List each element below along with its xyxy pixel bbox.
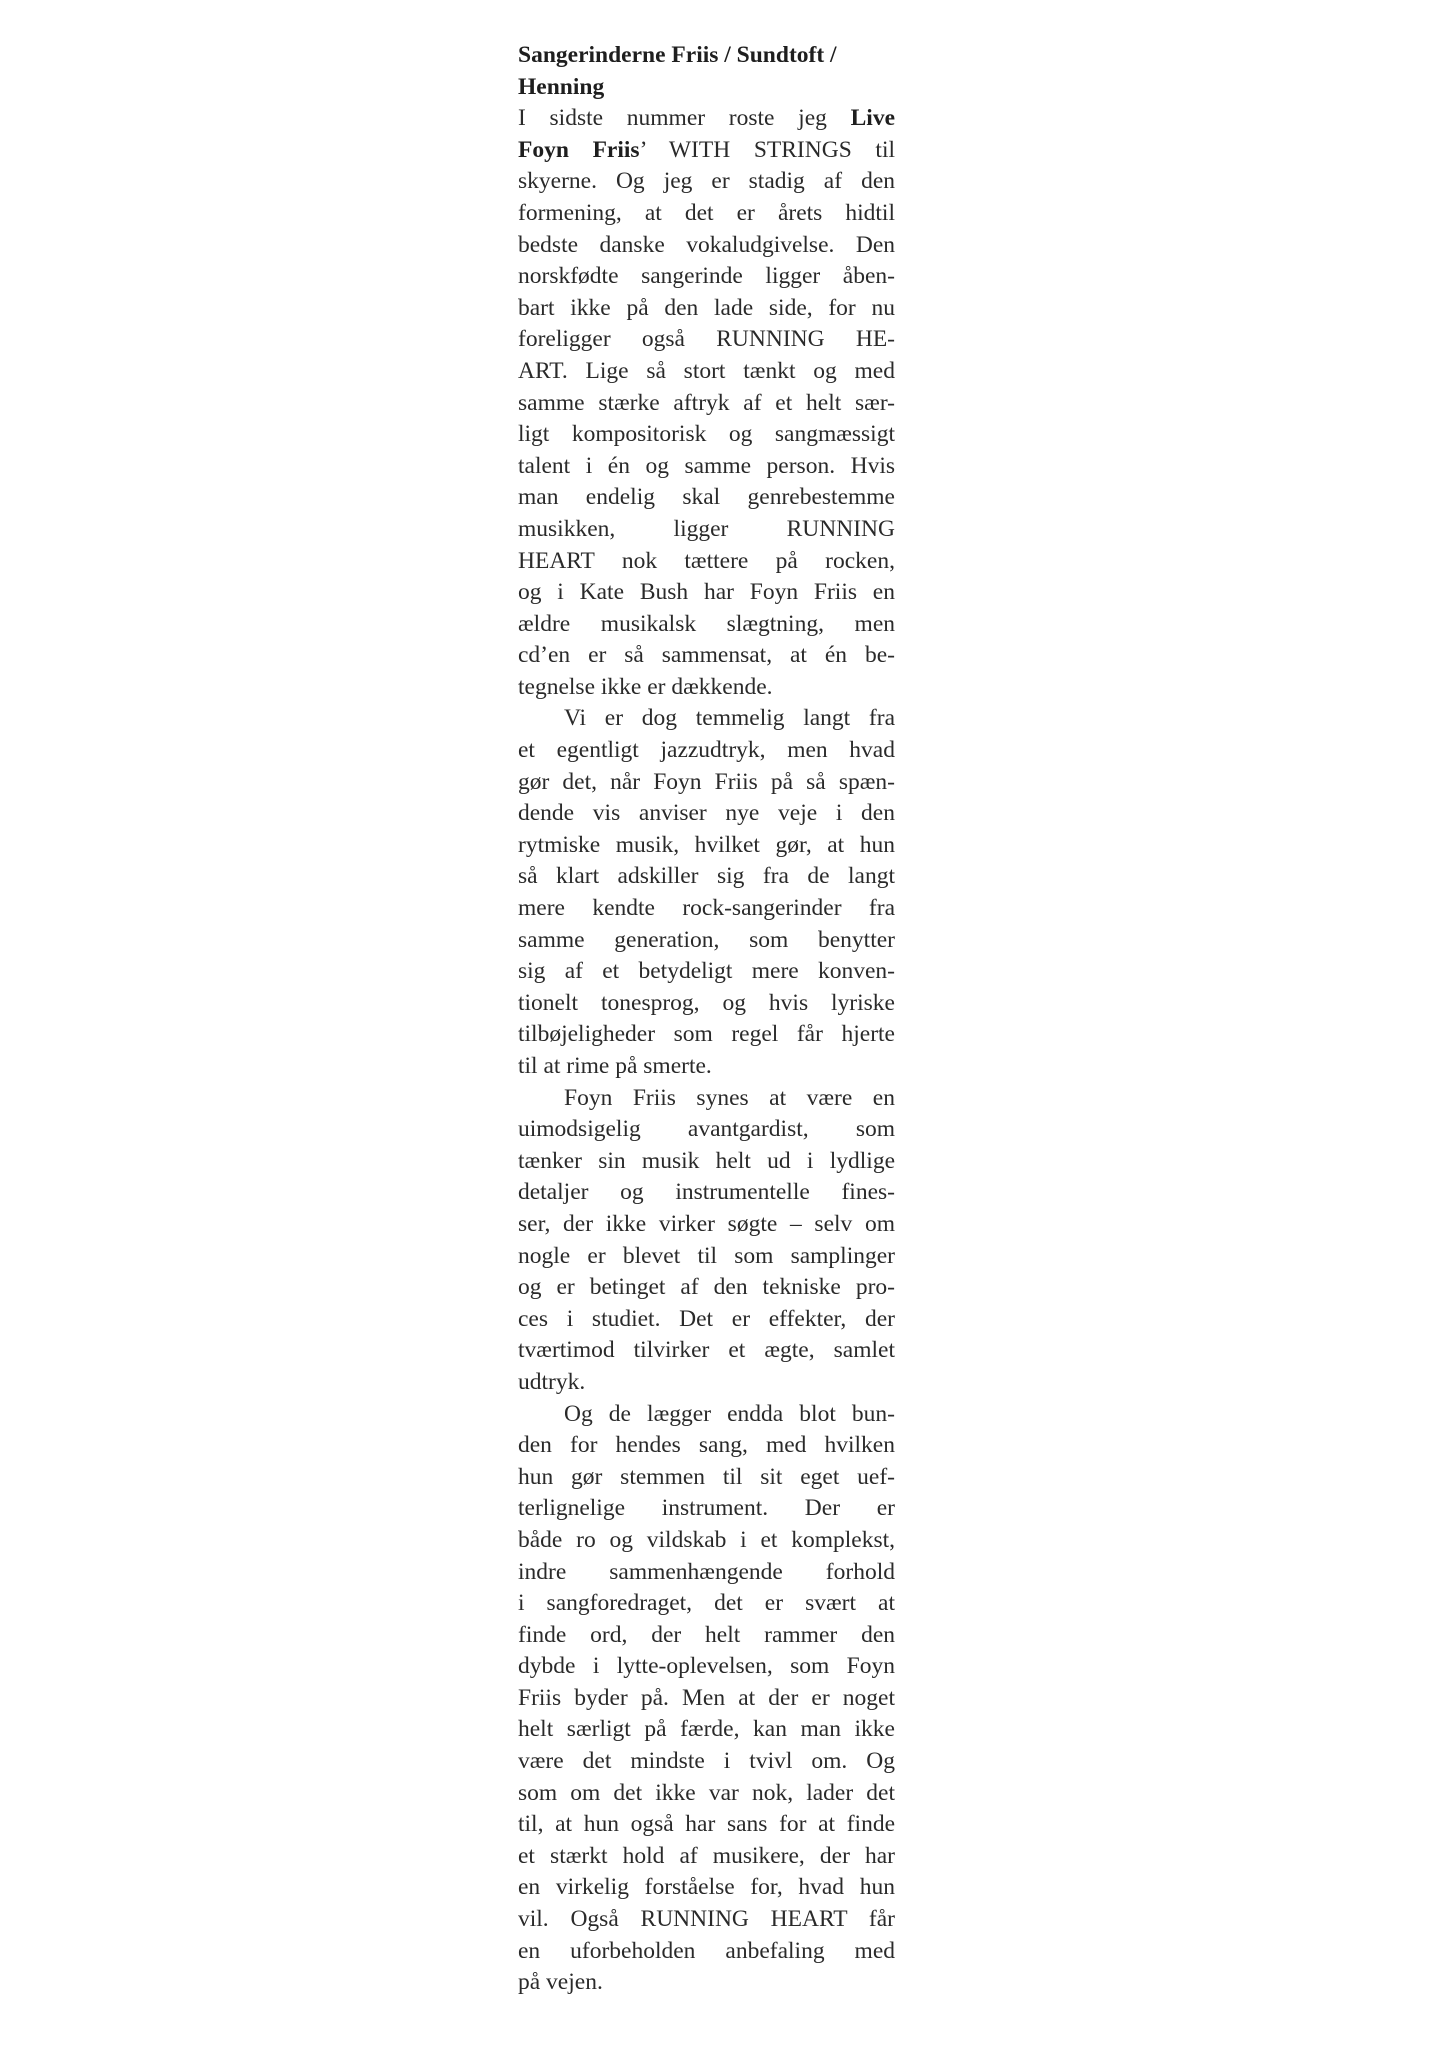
text-line: et stærkt hold af musikere, der har [518, 1841, 895, 1873]
body-text: uimodsigelig avantgardist, som [518, 1116, 895, 1142]
body-text: til, at hun også har sans for at finde [518, 1811, 895, 1837]
body-text: nogle er blevet til som samplinger [518, 1243, 895, 1269]
text-line: en virkelig forståelse for, hvad hun [518, 1872, 895, 1904]
text-line: norskfødte sangerinde ligger åben- [518, 261, 895, 293]
body-text: en uforbeholden anbefaling med [518, 1938, 895, 1964]
body-text: hun gør stemmen til sit eget uef- [518, 1464, 895, 1490]
text-line: ligt kompositorisk og sangmæssigt [518, 419, 895, 451]
text-line: så klart adskiller sig fra de langt [518, 861, 895, 893]
body-text: cd’en er så sammensat, at én be- [518, 642, 895, 668]
body-text: samme generation, som benytter [518, 927, 895, 953]
body-text: vil. Også RUNNING HEART får [518, 1906, 895, 1932]
body-text: bart ikke på den lade side, for nu [518, 295, 895, 321]
body-text: mere kendte rock-sangerinder fra [518, 895, 895, 921]
body-text: ældre musikalsk slægtning, men [518, 611, 895, 637]
body-text: terlignelige instrument. Der er [518, 1495, 895, 1521]
body-text: HEART nok tættere på rocken, [518, 548, 895, 574]
text-line: indre sammenhængende forhold [518, 1557, 895, 1589]
text-line: gør det, når Foyn Friis på så spæn- [518, 767, 895, 799]
text-line: udtryk. [518, 1367, 895, 1399]
article-paragraph: Og de lægger endda blot bun-den for hend… [518, 1399, 895, 1999]
text-line: som om det ikke var nok, lader det [518, 1778, 895, 1810]
body-text: et stærkt hold af musikere, der har [518, 1843, 895, 1869]
body-text: Friis byder på. Men at der er noget [518, 1685, 895, 1711]
body-text: så klart adskiller sig fra de langt [518, 863, 895, 889]
body-text: ser, der ikke virker søgte – selv om [518, 1211, 895, 1237]
article-paragraph: I sidste nummer roste jeg LiveFoyn Friis… [518, 103, 895, 703]
body-text: som om det ikke var nok, lader det [518, 1780, 895, 1806]
body-text: foreligger også RUNNING HE- [518, 326, 895, 352]
article-paragraph: Vi er dog temmelig langt fraet egentligt… [518, 703, 895, 1082]
article-title: Sangerinderne Friis / Sundtoft / Henning [518, 40, 895, 103]
text-line: i sangforedraget, det er svært at [518, 1588, 895, 1620]
text-line: være det mindste i tvivl om. Og [518, 1746, 895, 1778]
text-line: man endelig skal genrebestemme [518, 482, 895, 514]
text-line: dybde i lytte-oplevelsen, som Foyn [518, 1651, 895, 1683]
text-line: den for hendes sang, med hvilken [518, 1430, 895, 1462]
text-line: både ro og vildskab i et komplekst, [518, 1525, 895, 1557]
article-column: Sangerinderne Friis / Sundtoft / Henning… [518, 40, 895, 1999]
body-text: helt særligt på færde, kan man ikke [518, 1716, 895, 1742]
text-line: ser, der ikke virker søgte – selv om [518, 1209, 895, 1241]
body-text: detaljer og instrumentelle fines- [518, 1179, 895, 1205]
text-line: bart ikke på den lade side, for nu [518, 293, 895, 325]
body-text: både ro og vildskab i et komplekst, [518, 1527, 895, 1553]
body-text: tilbøjeligheder som regel får hjerte [518, 1021, 895, 1047]
body-text: tænker sin musik helt ud i lydlige [518, 1148, 895, 1174]
text-line: samme stærke aftryk af et helt sær- [518, 388, 895, 420]
text-line: hun gør stemmen til sit eget uef- [518, 1462, 895, 1494]
body-text: til at rime på smerte. [518, 1053, 712, 1079]
body-text: man endelig skal genrebestemme [518, 484, 895, 510]
text-line: formening, at det er årets hidtil [518, 198, 895, 230]
bold-text: Live [851, 105, 895, 131]
body-text: i sangforedraget, det er svært at [518, 1590, 895, 1616]
body-text: indre sammenhængende forhold [518, 1559, 895, 1585]
body-text: tegnelse ikke er dækkende. [518, 674, 773, 700]
text-line: et egentligt jazzudtryk, men hvad [518, 735, 895, 767]
body-text: og er betinget af den tekniske pro- [518, 1274, 895, 1300]
body-text: Foyn Friis synes at være en [564, 1085, 895, 1111]
body-text: Og de lægger endda blot bun- [564, 1401, 895, 1427]
text-line: Friis byder på. Men at der er noget [518, 1683, 895, 1715]
body-text: gør det, når Foyn Friis på så spæn- [518, 769, 895, 795]
text-line: ces i studiet. Det er effekter, der [518, 1304, 895, 1336]
text-line: Vi er dog temmelig langt fra [518, 703, 895, 735]
text-line: foreligger også RUNNING HE- [518, 324, 895, 356]
article-title-line: Sangerinderne Friis / Sundtoft / [518, 40, 895, 72]
text-line: tænker sin musik helt ud i lydlige [518, 1146, 895, 1178]
body-text: talent i én og samme person. Hvis [518, 453, 895, 479]
text-line: tionelt tonesprog, og hvis lyriske [518, 988, 895, 1020]
text-line: på vejen. [518, 1967, 895, 1999]
body-text: og i Kate Bush har Foyn Friis en [518, 579, 895, 605]
body-text: samme stærke aftryk af et helt sær- [518, 390, 895, 416]
text-line: tegnelse ikke er dækkende. [518, 672, 895, 704]
body-text: rytmiske musik, hvilket gør, at hun [518, 832, 895, 858]
body-text: Vi er dog temmelig langt fra [564, 705, 895, 731]
text-line: uimodsigelig avantgardist, som [518, 1114, 895, 1146]
text-line: detaljer og instrumentelle fines- [518, 1177, 895, 1209]
body-text: et egentligt jazzudtryk, men hvad [518, 737, 895, 763]
text-line: tværtimod tilvirker et ægte, samlet [518, 1335, 895, 1367]
body-text: ’ WITH STRINGS til [640, 137, 895, 163]
text-line: til, at hun også har sans for at finde [518, 1809, 895, 1841]
text-line: rytmiske musik, hvilket gør, at hun [518, 830, 895, 862]
body-text: norskfødte sangerinde ligger åben- [518, 263, 895, 289]
article-paragraph: Foyn Friis synes at være enuimodsigelig … [518, 1083, 895, 1399]
body-text: dende vis anviser nye veje i den [518, 800, 895, 826]
body-text: udtryk. [518, 1369, 585, 1395]
text-line: Og de lægger endda blot bun- [518, 1399, 895, 1431]
body-text: ces i studiet. Det er effekter, der [518, 1306, 895, 1332]
text-line: sig af et betydeligt mere konven- [518, 956, 895, 988]
text-line: dende vis anviser nye veje i den [518, 798, 895, 830]
body-text: ART. Lige så stort tænkt og med [518, 358, 895, 384]
text-line: cd’en er så sammensat, at én be- [518, 640, 895, 672]
text-line: Foyn Friis’ WITH STRINGS til [518, 135, 895, 167]
body-text: formening, at det er årets hidtil [518, 200, 895, 226]
text-line: og i Kate Bush har Foyn Friis en [518, 577, 895, 609]
text-line: til at rime på smerte. [518, 1051, 895, 1083]
text-line: terlignelige instrument. Der er [518, 1493, 895, 1525]
body-text: den for hendes sang, med hvilken [518, 1432, 895, 1458]
article-body: I sidste nummer roste jeg LiveFoyn Friis… [518, 103, 895, 1999]
text-line: I sidste nummer roste jeg Live [518, 103, 895, 135]
text-line: og er betinget af den tekniske pro- [518, 1272, 895, 1304]
body-text: være det mindste i tvivl om. Og [518, 1748, 895, 1774]
text-line: bedste danske vokaludgivelse. Den [518, 230, 895, 262]
text-line: ældre musikalsk slægtning, men [518, 609, 895, 641]
body-text: bedste danske vokaludgivelse. Den [518, 232, 895, 258]
text-line: vil. Også RUNNING HEART får [518, 1904, 895, 1936]
body-text: musikken, ligger RUNNING [518, 516, 895, 542]
text-line: nogle er blevet til som samplinger [518, 1241, 895, 1273]
text-line: samme generation, som benytter [518, 925, 895, 957]
body-text: tionelt tonesprog, og hvis lyriske [518, 990, 895, 1016]
text-line: finde ord, der helt rammer den [518, 1620, 895, 1652]
body-text: finde ord, der helt rammer den [518, 1622, 895, 1648]
text-line: HEART nok tættere på rocken, [518, 546, 895, 578]
body-text: I sidste nummer roste jeg [518, 105, 851, 131]
article-title-line: Henning [518, 72, 895, 104]
text-line: en uforbeholden anbefaling med [518, 1936, 895, 1968]
text-line: helt særligt på færde, kan man ikke [518, 1714, 895, 1746]
text-line: talent i én og samme person. Hvis [518, 451, 895, 483]
body-text: dybde i lytte-oplevelsen, som Foyn [518, 1653, 895, 1679]
text-line: mere kendte rock-sangerinder fra [518, 893, 895, 925]
body-text: på vejen. [518, 1969, 603, 1995]
body-text: ligt kompositorisk og sangmæssigt [518, 421, 895, 447]
body-text: sig af et betydeligt mere konven- [518, 958, 895, 984]
body-text: skyerne. Og jeg er stadig af den [518, 168, 895, 194]
text-line: Foyn Friis synes at være en [518, 1083, 895, 1115]
bold-text: Foyn Friis [518, 137, 640, 163]
body-text: tværtimod tilvirker et ægte, samlet [518, 1337, 895, 1363]
text-line: tilbøjeligheder som regel får hjerte [518, 1019, 895, 1051]
text-line: skyerne. Og jeg er stadig af den [518, 166, 895, 198]
text-line: ART. Lige så stort tænkt og med [518, 356, 895, 388]
text-line: musikken, ligger RUNNING [518, 514, 895, 546]
body-text: en virkelig forståelse for, hvad hun [518, 1874, 895, 1900]
